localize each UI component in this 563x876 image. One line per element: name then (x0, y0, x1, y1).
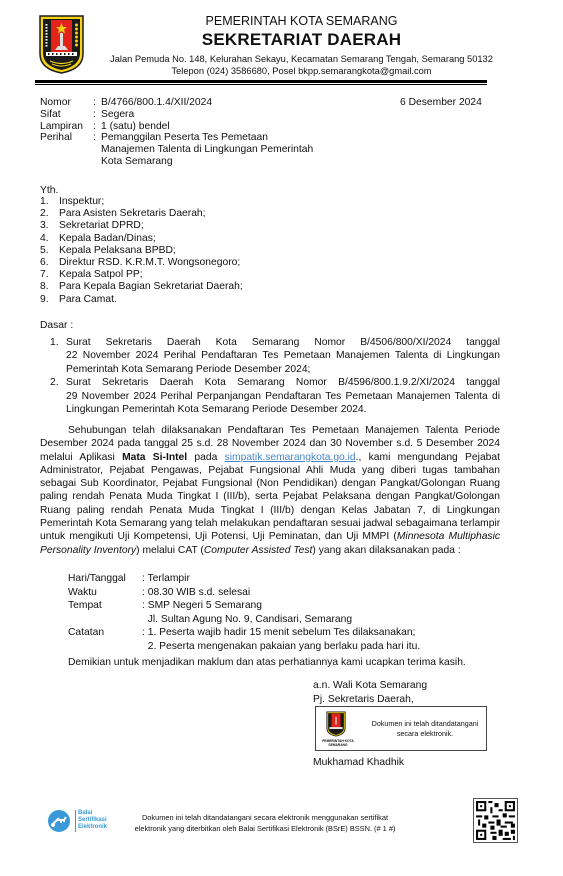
government-name: PEMERINTAH KOTA SEMARANG (0, 14, 563, 28)
list-item: 7.Kepala Satpol PP; (40, 269, 243, 281)
meta-row-perihal: Perihal: Pemanggilan Peserta Tes Pemetaa… (40, 132, 320, 167)
letterhead-rule-thin (35, 84, 487, 85)
meta-row-nomor: Nomor:B/4766/800.1.4/XII/2024 (40, 97, 320, 109)
detail-row: Jl. Sultan Agung No. 9, Candisari, Semar… (68, 613, 420, 627)
simpatik-link[interactable]: simpatik.semarangkota.go.id (225, 452, 356, 463)
dasar-list: 1. Surat Sekretaris Daerah Kota Semarang… (50, 336, 500, 416)
letter-meta: Nomor:B/4766/800.1.4/XII/2024 Sifat:Sege… (40, 97, 320, 168)
meta-value: Segera (101, 109, 320, 121)
office-name: SEKRETARIAT DAERAH (0, 30, 563, 50)
list-item: 2. Surat Sekretaris Daerah Kota Semarang… (50, 376, 500, 416)
list-item: 2.Para Asisten Sekretaris Daerah; (40, 208, 243, 220)
meta-value: Pemanggilan Peserta Tes Pemetaan Manajem… (101, 132, 320, 167)
meta-key: Nomor (40, 97, 93, 109)
list-item: 1.Inspektur; (40, 196, 243, 208)
meta-value: B/4766/800.1.4/XII/2024 (101, 97, 320, 109)
list-item: 6.Direktur RSD. K.R.M.T. Wongsonegoro; (40, 257, 243, 269)
list-item: 8.Para Kepala Bagian Sekretariat Daerah; (40, 281, 243, 293)
detail-row: 2. Peserta mengenakan pakaian yang berla… (68, 640, 420, 654)
bsre-key-icon (46, 808, 72, 834)
signer-name: Mukhamad Khadhik (313, 757, 404, 768)
recipient-list: 1.Inspektur; 2.Para Asisten Sekretaris D… (40, 196, 243, 306)
detail-row: Waktu: 08.30 WIB s.d. selesai (68, 586, 420, 600)
meta-key: Perihal (40, 132, 93, 167)
electronic-signature-stamp: PEMERINTAH KOTA SEMARANG Dokumen ini tel… (315, 706, 487, 751)
list-item: 3.Sekretariat DPRD; (40, 220, 243, 232)
semarang-city-emblem-icon (326, 711, 346, 737)
salutation: Yth. (40, 185, 58, 196)
letterhead-rule-thick (35, 80, 487, 83)
app-name: Mata Si-Intel (122, 452, 187, 463)
list-item: 1. Surat Sekretaris Daerah Kota Semarang… (50, 336, 500, 376)
detail-row: Hari/Tanggal: Terlampir (68, 572, 420, 586)
meta-row-lampiran: Lampiran:1 (satu) bendel (40, 121, 320, 133)
signature-position: Pj. Sekretaris Daerah, (313, 694, 414, 705)
list-item: 9.Para Camat. (40, 294, 243, 306)
meta-value: 1 (satu) bendel (101, 121, 320, 133)
contact-line: Telepon (024) 3586680, Posel bkpp.semara… (40, 66, 563, 78)
event-details: Hari/Tanggal: Terlampir Waktu: 08.30 WIB… (68, 572, 420, 654)
stamp-text: Dokumen ini telah ditandatangani secara … (366, 719, 484, 738)
letter-date: 6 Desember 2024 (400, 97, 482, 108)
meta-key: Lampiran (40, 121, 93, 133)
address-line: Jalan Pemuda No. 148, Kelurahan Sekayu, … (40, 54, 563, 66)
detail-row: Catatan: 1. Peserta wajib hadir 15 menit… (68, 626, 420, 640)
closing-sentence: Demikian untuk menjadikan maklum dan ata… (68, 657, 466, 668)
stamp-caption: PEMERINTAH KOTA SEMARANG (318, 740, 358, 747)
detail-row: Tempat: SMP Negeri 5 Semarang (68, 599, 420, 613)
list-item: 5.Kepala Pelaksana BPBD; (40, 245, 243, 257)
body-paragraph: Sehubungan telah dilaksanakan Pendaftara… (40, 424, 500, 557)
list-item: 4.Kepala Badan/Dinas; (40, 233, 243, 245)
qr-code-icon[interactable] (473, 798, 518, 843)
meta-key: Sifat (40, 109, 93, 121)
dasar-label: Dasar : (40, 320, 73, 331)
footer-note: Dokumen ini telah ditandatangani secara … (100, 813, 430, 834)
signature-on-behalf: a.n. Wali Kota Semarang (313, 680, 427, 691)
meta-row-sifat: Sifat:Segera (40, 109, 320, 121)
office-address: Jalan Pemuda No. 148, Kelurahan Sekayu, … (0, 54, 563, 77)
